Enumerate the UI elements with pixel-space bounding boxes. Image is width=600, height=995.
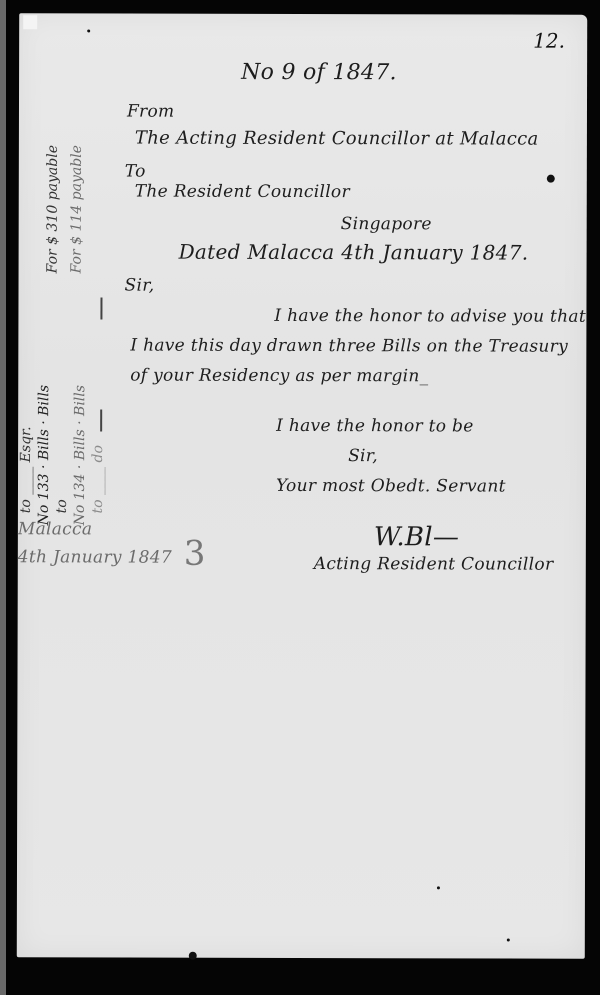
scanned-document: 12. No 9 of 1847. From The Acting Reside…: [0, 0, 600, 995]
from-label: From: [127, 102, 175, 122]
paper-speck: [189, 952, 197, 960]
margin-divider-tick: [100, 297, 102, 319]
to-label: To: [125, 162, 146, 182]
dated-line: Dated Malacca 4th January 1847.: [179, 240, 529, 265]
letter-page: 12. No 9 of 1847. From The Acting Reside…: [17, 13, 587, 958]
closing-line-3: Your most Obedt. Servant: [276, 476, 506, 497]
margin-bills-line-1: No 133 · Bills · Bills: [36, 385, 52, 525]
adjacent-page-edge: [0, 0, 6, 995]
margin-place: Malacca: [18, 519, 92, 539]
margin-brace-count: 3: [184, 534, 206, 574]
paper-speck: [437, 886, 440, 889]
margin-bills-line-4: to ____ do: [90, 445, 106, 513]
margin-note-payable-310: For $ 310 payable: [45, 145, 61, 273]
closing-line-1: I have the honor to be: [276, 416, 473, 437]
closing-line-2: Sir,: [348, 446, 378, 466]
letter-number: No 9 of 1847.: [241, 60, 397, 85]
to-value: The Resident Councillor: [135, 182, 350, 203]
to-location: Singapore: [341, 214, 432, 234]
margin-date: 4th January 1847: [18, 547, 172, 567]
page-number: 12.: [533, 29, 565, 53]
paper-speck: [547, 175, 555, 183]
margin-bills-line-2: to: [54, 499, 70, 513]
paper-speck: [87, 29, 90, 32]
salutation: Sir,: [124, 276, 154, 296]
paper-speck: [507, 939, 510, 942]
body-line-1: I have the honor to advise you that: [274, 306, 586, 327]
margin-divider-tick: [100, 409, 102, 431]
signature: W.Bl—: [374, 522, 459, 552]
from-value: The Acting Resident Councillor at Malacc…: [135, 128, 539, 150]
body-line-2: I have this day drawn three Bills on the…: [130, 336, 568, 357]
body-line-3: of your Residency as per margin_: [130, 366, 428, 387]
margin-note-esquire: to ____ Esqr.: [18, 426, 34, 513]
signature-title: Acting Resident Councillor: [314, 554, 554, 575]
margin-note-payable-114: For $ 114 payable: [69, 145, 85, 273]
margin-bills-line-3: No 134 · Bills · Bills: [72, 385, 88, 525]
